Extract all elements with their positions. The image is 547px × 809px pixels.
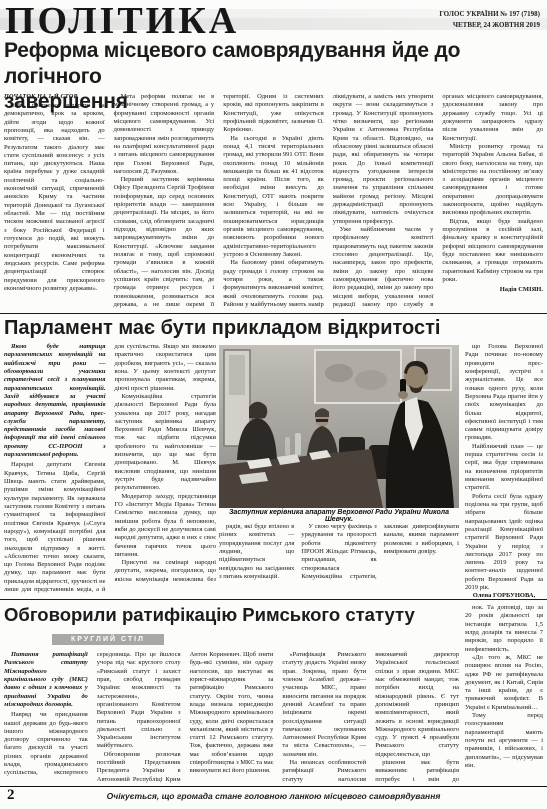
paragraph: Тому перед голосуванням парламентарії ма… <box>465 712 543 770</box>
paragraph: нок. Та доповіді, що за 20 років діяльно… <box>465 604 543 654</box>
footer-teaser: Очікується, що громада стане головною ла… <box>30 791 517 801</box>
article3-right-column: нок. Та доповіді, що за 20 років діяльно… <box>465 604 543 785</box>
paragraph: «Ми прагнемо відкрито та демократично, к… <box>4 102 105 293</box>
section-divider-2 <box>0 599 547 600</box>
article1-body: ПОЧАТОК НА 1-Й СТОР. «Ми прагнемо відкри… <box>4 93 543 311</box>
paragraph: «До того ж, МКС не поширює вплив на Росі… <box>465 654 543 712</box>
continuation-label: ПОЧАТОК НА 1-Й СТОР. <box>4 93 105 101</box>
paragraph: «Ратифікація Римського статуту додасть У… <box>282 651 366 759</box>
paragraph: Міністр розвитку громад та територій Укр… <box>442 143 543 218</box>
newspaper-page: ПОЛІТИКА ГОЛОС УКРАЇНИ № 197 (7198) ЧЕТВ… <box>0 0 547 809</box>
article2-lede: Якою буде матриця парламентських комунік… <box>4 343 106 459</box>
photo-illustration <box>219 345 459 508</box>
article2-right-column: що Голова Верховної Ради починає по-ново… <box>465 343 543 599</box>
paragraph: Комунікаційна стратегія діяльності Верхо… <box>115 393 217 493</box>
paragraph: Робота сесії була одразу поділена на три… <box>465 493 543 593</box>
issue-date: ЧЕТВЕР, 24 ЖОВТНЯ 2019 <box>439 20 540 31</box>
article3-headline: Обговорили ратифікацію Римського статуту <box>4 604 460 626</box>
paragraph: Відтак, якщо буде знайдено порозуміння в… <box>442 218 543 285</box>
article2-left-columns: Якою буде матриця парламентських комунік… <box>4 343 216 599</box>
credit-name-1: Олена ГОРБУНОВА, <box>465 592 543 599</box>
rubric-round-table: КРУГЛИЙ СТІЛ <box>52 634 164 645</box>
section-divider-1 <box>0 313 547 314</box>
page-number: 2 <box>7 787 15 804</box>
paragraph: Найближчий план — це перша стратегічна с… <box>465 443 543 493</box>
issue-info: ГОЛОС УКРАЇНИ № 197 (7198) ЧЕТВЕР, 24 ЖО… <box>439 9 540 30</box>
photo-caption: Заступник керівника апарату Верховної Ра… <box>219 509 459 523</box>
article1-paragraphs: «Ми прагнемо відкрито та демократично, к… <box>4 93 543 309</box>
article2-right-paragraphs: що Голова Верховної Ради починає по-ново… <box>465 343 543 592</box>
article2-headline: Парламент має бути прикладом відкритості <box>4 317 544 340</box>
paragraph: що Голова Верховної Ради починає по-ново… <box>465 343 543 443</box>
article1-headline-line1: Реформа місцевого самоврядування йде до … <box>4 38 544 89</box>
article3-lede: Питання ратифікації Римського статуту Мі… <box>4 651 88 709</box>
paragraph: У свою чергу фахівець з урядування та пр… <box>301 523 459 581</box>
paragraph: Модератор заходу, представниця ГО «Інсти… <box>115 493 217 560</box>
paragraph: На сьогодні в Україні діють понад 4,1 ти… <box>223 135 324 260</box>
article2-credits: Олена ГОРБУНОВА, Оксана КАЛУШКА, Фото Се… <box>465 592 543 599</box>
paragraph: рядів, які буде втілено в різних комітет… <box>219 523 294 581</box>
article3-body: Питання ратифікації Римського статуту Мі… <box>4 651 459 784</box>
photo-parliament-session <box>219 345 459 508</box>
article1-byline: Надія СМІЯН. <box>442 286 543 294</box>
issue-number: ГОЛОС УКРАЇНИ № 197 (7198) <box>439 9 540 20</box>
section-title: ПОЛІТИКА <box>5 2 239 40</box>
article2-below-photo-columns: рядів, які буде втілено в різних комітет… <box>219 523 459 599</box>
paragraph: Мета реформи полягає не в механічному ст… <box>114 93 215 176</box>
footer-rule <box>0 786 547 787</box>
